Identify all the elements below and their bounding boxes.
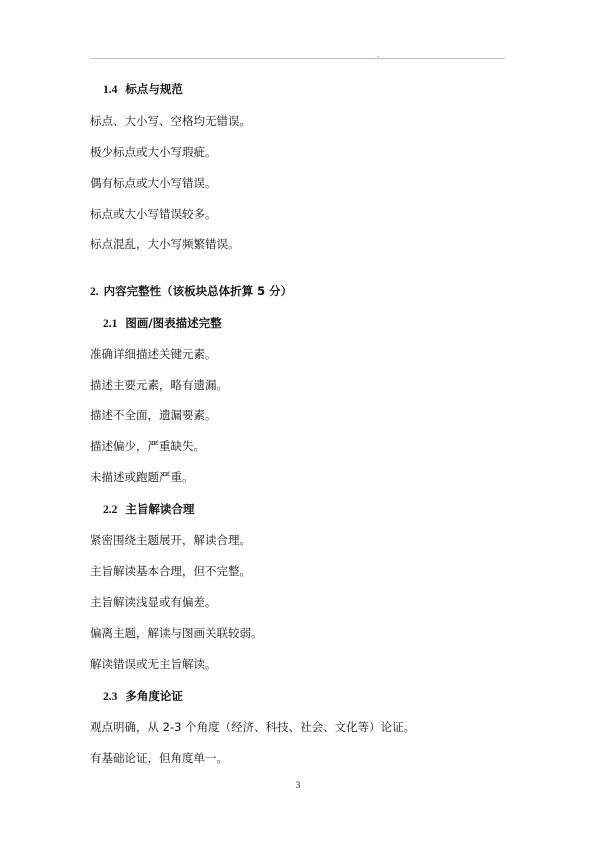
criterion-item: 极少标点或大小写瑕疵。 — [90, 145, 217, 159]
section-heading-2-2: 2.2主旨解读合理 — [103, 502, 194, 517]
criterion-item: 主旨解读浅显或有偏差。 — [90, 595, 217, 609]
criterion-item: 有基础论证，但角度单一。 — [90, 751, 228, 765]
header-mark — [378, 56, 379, 57]
section-heading-2-1: 2.1图画/图表描述完整 — [103, 316, 222, 331]
page-number: 3 — [0, 780, 596, 790]
section-heading-2: 2.内容完整性（该板块总体折算 5 分） — [90, 284, 292, 299]
header-rule — [90, 58, 505, 59]
section-heading-1-4: 1.4标点与规范 — [103, 82, 183, 97]
criterion-item: 准确详细描述关键元素。 — [90, 347, 217, 361]
criterion-item: 未描述或跑题严重。 — [90, 470, 194, 484]
criterion-item: 描述主要元素，略有遗漏。 — [90, 378, 228, 392]
criterion-item: 标点混乱，大小写频繁错误。 — [90, 237, 240, 251]
criterion-item: 偶有标点或大小写错误。 — [90, 176, 217, 190]
criterion-item: 主旨解读基本合理，但不完整。 — [90, 564, 251, 578]
section-heading-2-3: 2.3多角度论证 — [103, 689, 183, 704]
criterion-item: 紧密围绕主题展开，解读合理。 — [90, 533, 251, 547]
criterion-item: 标点或大小写错误较多。 — [90, 207, 217, 221]
criterion-item: 描述偏少，严重缺失。 — [90, 439, 205, 453]
criterion-item: 标点、大小写、空格均无错误。 — [90, 114, 251, 128]
criterion-item: 偏离主题，解读与图画关联较弱。 — [90, 626, 263, 640]
criterion-item: 观点明确，从 2-3 个角度（经济、科技、社会、文化等）论证。 — [90, 720, 415, 734]
criterion-item: 解读错误或无主旨解读。 — [90, 657, 217, 671]
criterion-item: 描述不全面，遗漏要素。 — [90, 408, 217, 422]
